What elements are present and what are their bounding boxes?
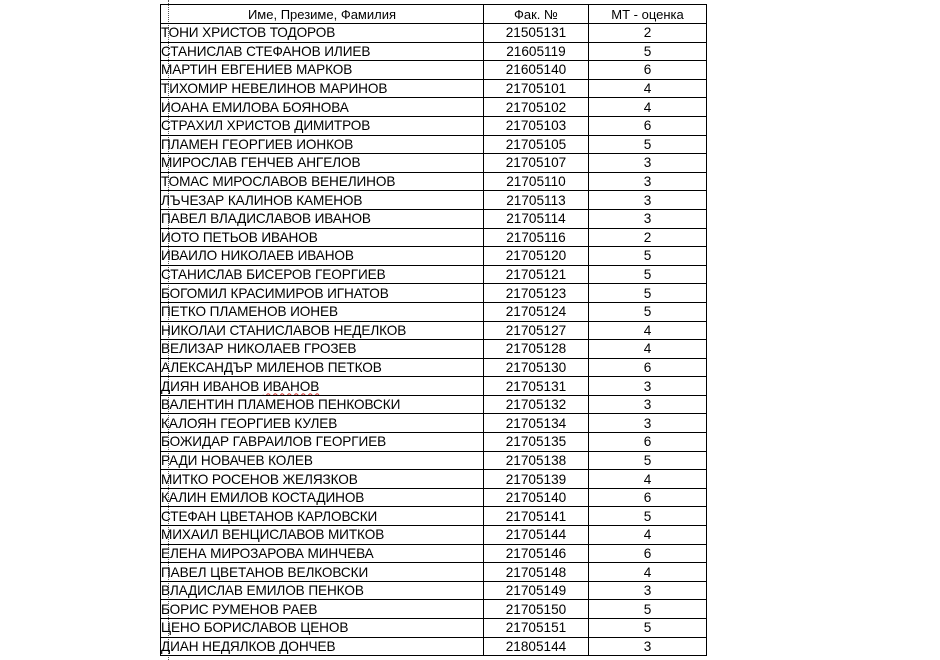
student-name-cell[interactable]: ЕЛЕНА МИРОЗАРОВА МИНЧЕВА [161,544,484,563]
grade-cell[interactable]: 5 [589,284,707,303]
table-row: ПАВЕЛ ЦВЕТАНОВ ВЕЛКОВСКИ217051484 [161,563,707,582]
table-row: МИТКО РОСЕНОВ ЖЕЛЯЗКОВ217051394 [161,470,707,489]
student-name-cell[interactable]: СТРАХИЛ ХРИСТОВ ДИМИТРОВ [161,116,484,135]
faculty-number-cell[interactable]: 21705140 [484,488,589,507]
table-row: ИОТО ПЕТЬОВ ИВАНОВ217051162 [161,228,707,247]
faculty-number-cell[interactable]: 21705150 [484,600,589,619]
grade-cell[interactable]: 2 [589,24,707,43]
grade-cell[interactable]: 6 [589,61,707,80]
faculty-number-cell[interactable]: 21605119 [484,42,589,61]
table-row: НИКОЛАИ СТАНИСЛАВОВ НЕДЕЛКОВ217051274 [161,321,707,340]
grade-cell[interactable]: 5 [589,265,707,284]
table-row: БОЖИДАР ГАВРАИЛОВ ГЕОРГИЕВ217051356 [161,433,707,452]
table-row: КАЛИН ЕМИЛОВ КОСТАДИНОВ217051406 [161,488,707,507]
faculty-number-cell[interactable]: 21605140 [484,61,589,80]
faculty-number-cell[interactable]: 21705138 [484,451,589,470]
grade-cell[interactable]: 4 [589,321,707,340]
student-name-cell[interactable]: ТОМАС МИРОСЛАВОВ ВЕНЕЛИНОВ [161,172,484,191]
faculty-number-cell[interactable]: 21705148 [484,563,589,582]
table-row: МАРТИН ЕВГЕНИЕВ МАРКОВ216051406 [161,61,707,80]
grade-cell[interactable]: 3 [589,154,707,173]
student-name-cell[interactable]: НИКОЛАИ СТАНИСЛАВОВ НЕДЕЛКОВ [161,321,484,340]
faculty-number-cell[interactable]: 21705151 [484,619,589,638]
student-name-cell[interactable]: ДИАН НЕДЯЛКОВ ДОНЧЕВ [161,637,484,656]
grade-cell[interactable]: 6 [589,358,707,377]
grade-cell[interactable]: 6 [589,433,707,452]
student-name-cell[interactable]: ВЛАДИСЛАВ ЕМИЛОВ ПЕНКОВ [161,581,484,600]
faculty-number-cell[interactable]: 21705124 [484,302,589,321]
table-row: ТОМАС МИРОСЛАВОВ ВЕНЕЛИНОВ217051103 [161,172,707,191]
student-name-cell[interactable]: ЦЕНО БОРИСЛАВОВ ЦЕНОВ [161,619,484,638]
grade-cell[interactable]: 5 [589,451,707,470]
table-row: ЦЕНО БОРИСЛАВОВ ЦЕНОВ217051515 [161,619,707,638]
faculty-number-cell[interactable]: 21705132 [484,395,589,414]
table-body: ТОНИ ХРИСТОВ ТОДОРОВ215051312СТАНИСЛАВ С… [161,24,707,656]
faculty-number-cell[interactable]: 21505131 [484,24,589,43]
table-row: ВАЛЕНТИН ПЛАМЕНОВ ПЕНКОВСКИ217051323 [161,395,707,414]
table-row: ПЕТКО ПЛАМЕНОВ ИОНЕВ217051245 [161,302,707,321]
student-name-cell[interactable]: РАДИ НОВАЧЕВ КОЛЕВ [161,451,484,470]
grade-cell[interactable]: 6 [589,488,707,507]
table-row: СТРАХИЛ ХРИСТОВ ДИМИТРОВ217051036 [161,116,707,135]
table-row: ПАВЕЛ ВЛАДИСЛАВОВ ИВАНОВ217051143 [161,209,707,228]
student-name-cell[interactable]: ПАВЕЛ ЦВЕТАНОВ ВЕЛКОВСКИ [161,563,484,582]
grade-cell[interactable]: 4 [589,79,707,98]
faculty-number-cell[interactable]: 21705103 [484,116,589,135]
faculty-number-cell[interactable]: 21805144 [484,637,589,656]
faculty-number-cell[interactable]: 21705141 [484,507,589,526]
grade-cell[interactable]: 4 [589,563,707,582]
header-grade: МТ - оценка [589,5,707,24]
grade-cell[interactable]: 4 [589,340,707,359]
student-name-cell[interactable]: АЛЕКСАНДЪР МИЛЕНОВ ПЕТКОВ [161,358,484,377]
faculty-number-cell[interactable]: 21705114 [484,209,589,228]
faculty-number-cell[interactable]: 21705128 [484,340,589,359]
table-row: СТАНИСЛАВ БИСЕРОВ ГЕОРГИЕВ217051215 [161,265,707,284]
grade-cell[interactable]: 5 [589,507,707,526]
faculty-number-cell[interactable]: 21705102 [484,98,589,117]
table-row: ВЛАДИСЛАВ ЕМИЛОВ ПЕНКОВ217051493 [161,581,707,600]
student-name-cell[interactable]: ЛЪЧЕЗАР КАЛИНОВ КАМЕНОВ [161,191,484,210]
student-name-cell[interactable]: ДИЯН ИВАНОВ ИВАНОВ [161,377,484,396]
student-name-cell[interactable]: СТАНИСЛАВ БИСЕРОВ ГЕОРГИЕВ [161,265,484,284]
table-row: РАДИ НОВАЧЕВ КОЛЕВ217051385 [161,451,707,470]
student-name-cell[interactable]: МИХАИЛ ВЕНЦИСЛАВОВ МИТКОВ [161,526,484,545]
student-name-cell[interactable]: ВЕЛИЗАР НИКОЛАЕВ ГРОЗЕВ [161,340,484,359]
grade-cell[interactable]: 4 [589,526,707,545]
faculty-number-cell[interactable]: 21705135 [484,433,589,452]
table-row: ИОАНА ЕМИЛОВА БОЯНОВА217051024 [161,98,707,117]
header-faculty-number: Фак. № [484,5,589,24]
table-row: МИРОСЛАВ ГЕНЧЕВ АНГЕЛОВ217051073 [161,154,707,173]
table-row: КАЛОЯН ГЕОРГИЕВ КУЛЕВ217051343 [161,414,707,433]
table-row: ПЛАМЕН ГЕОРГИЕВ ИОНКОВ217051055 [161,135,707,154]
table-row: ДИЯН ИВАНОВ ИВАНОВ217051313 [161,377,707,396]
grade-cell[interactable]: 3 [589,637,707,656]
table-row: ЕЛЕНА МИРОЗАРОВА МИНЧЕВА217051466 [161,544,707,563]
grade-cell[interactable]: 3 [589,209,707,228]
table-row: СТАНИСЛАВ СТЕФАНОВ ИЛИЕВ216051195 [161,42,707,61]
student-name-cell[interactable]: ПЛАМЕН ГЕОРГИЕВ ИОНКОВ [161,135,484,154]
grades-table: Име, Презиме, Фамилия Фак. № МТ - оценка… [160,4,707,656]
grade-cell[interactable]: 5 [589,135,707,154]
table-row: СТЕФАН ЦВЕТАНОВ КАРЛОВСКИ217051415 [161,507,707,526]
table-header-row: Име, Презиме, Фамилия Фак. № МТ - оценка [161,5,707,24]
student-name-cell[interactable]: БОГОМИЛ КРАСИМИРОВ ИГНАТОВ [161,284,484,303]
faculty-number-cell[interactable]: 21705107 [484,154,589,173]
student-name-cell[interactable]: МИТКО РОСЕНОВ ЖЕЛЯЗКОВ [161,470,484,489]
table-row: ИВАИЛО НИКОЛАЕВ ИВАНОВ217051205 [161,247,707,266]
student-name-text: ДИЯН ИВАНОВ [161,379,263,394]
grade-cell[interactable]: 4 [589,98,707,117]
grade-cell[interactable]: 3 [589,414,707,433]
faculty-number-cell[interactable]: 21705121 [484,265,589,284]
student-name-cell[interactable]: ИОАНА ЕМИЛОВА БОЯНОВА [161,98,484,117]
grade-cell[interactable]: 3 [589,377,707,396]
faculty-number-cell[interactable]: 21705110 [484,172,589,191]
student-name-cell[interactable]: МИРОСЛАВ ГЕНЧЕВ АНГЕЛОВ [161,154,484,173]
grade-cell[interactable]: 5 [589,619,707,638]
faculty-number-cell[interactable]: 21705139 [484,470,589,489]
table-row: ТОНИ ХРИСТОВ ТОДОРОВ215051312 [161,24,707,43]
student-name-cell[interactable]: ИОТО ПЕТЬОВ ИВАНОВ [161,228,484,247]
student-name-cell[interactable]: БОРИС РУМЕНОВ РАЕВ [161,600,484,619]
student-name-cell[interactable]: ТИХОМИР НЕВЕЛИНОВ МАРИНОВ [161,79,484,98]
grade-cell[interactable]: 3 [589,172,707,191]
student-name-cell[interactable]: ПЕТКО ПЛАМЕНОВ ИОНЕВ [161,302,484,321]
faculty-number-cell[interactable]: 21705146 [484,544,589,563]
table-row: ВЕЛИЗАР НИКОЛАЕВ ГРОЗЕВ217051284 [161,340,707,359]
faculty-number-cell[interactable]: 21705134 [484,414,589,433]
faculty-number-cell[interactable]: 21705149 [484,581,589,600]
table-row: ДИАН НЕДЯЛКОВ ДОНЧЕВ218051443 [161,637,707,656]
faculty-number-cell[interactable]: 21705144 [484,526,589,545]
grade-cell[interactable]: 2 [589,228,707,247]
student-name-cell[interactable]: КАЛИН ЕМИЛОВ КОСТАДИНОВ [161,488,484,507]
faculty-number-cell[interactable]: 21705113 [484,191,589,210]
header-name: Име, Презиме, Фамилия [161,5,484,24]
faculty-number-cell[interactable]: 21705120 [484,247,589,266]
grade-cell[interactable]: 5 [589,600,707,619]
grade-cell[interactable]: 3 [589,581,707,600]
student-name-cell[interactable]: КАЛОЯН ГЕОРГИЕВ КУЛЕВ [161,414,484,433]
grade-cell[interactable]: 5 [589,42,707,61]
table-row: МИХАИЛ ВЕНЦИСЛАВОВ МИТКОВ217051444 [161,526,707,545]
faculty-number-cell[interactable]: 21705101 [484,79,589,98]
faculty-number-cell[interactable]: 21705105 [484,135,589,154]
student-name-cell[interactable]: МАРТИН ЕВГЕНИЕВ МАРКОВ [161,61,484,80]
student-name-cell[interactable]: БОЖИДАР ГАВРАИЛОВ ГЕОРГИЕВ [161,433,484,452]
student-name-cell[interactable]: ИВАИЛО НИКОЛАЕВ ИВАНОВ [161,247,484,266]
spellcheck-flagged-word[interactable]: ИВАНОВ [263,379,319,394]
faculty-number-cell[interactable]: 21705127 [484,321,589,340]
table-row: БОГОМИЛ КРАСИМИРОВ ИГНАТОВ217051235 [161,284,707,303]
grade-cell[interactable]: 5 [589,247,707,266]
table-row: ТИХОМИР НЕВЕЛИНОВ МАРИНОВ217051014 [161,79,707,98]
grade-cell[interactable]: 6 [589,544,707,563]
table-row: ЛЪЧЕЗАР КАЛИНОВ КАМЕНОВ217051133 [161,191,707,210]
student-name-cell[interactable]: ПАВЕЛ ВЛАДИСЛАВОВ ИВАНОВ [161,209,484,228]
faculty-number-cell[interactable]: 21705123 [484,284,589,303]
faculty-number-cell[interactable]: 21705130 [484,358,589,377]
student-name-cell[interactable]: СТЕФАН ЦВЕТАНОВ КАРЛОВСКИ [161,507,484,526]
faculty-number-cell[interactable]: 21705131 [484,377,589,396]
faculty-number-cell[interactable]: 21705116 [484,228,589,247]
table-row: БОРИС РУМЕНОВ РАЕВ217051505 [161,600,707,619]
grade-cell[interactable]: 6 [589,116,707,135]
student-name-cell[interactable]: СТАНИСЛАВ СТЕФАНОВ ИЛИЕВ [161,42,484,61]
document-page: Име, Презиме, Фамилия Фак. № МТ - оценка… [0,0,940,660]
grade-cell[interactable]: 4 [589,470,707,489]
grade-cell[interactable]: 5 [589,302,707,321]
student-name-cell[interactable]: ВАЛЕНТИН ПЛАМЕНОВ ПЕНКОВСКИ [161,395,484,414]
table-row: АЛЕКСАНДЪР МИЛЕНОВ ПЕТКОВ217051306 [161,358,707,377]
grade-cell[interactable]: 3 [589,191,707,210]
student-name-cell[interactable]: ТОНИ ХРИСТОВ ТОДОРОВ [161,24,484,43]
grade-cell[interactable]: 3 [589,395,707,414]
